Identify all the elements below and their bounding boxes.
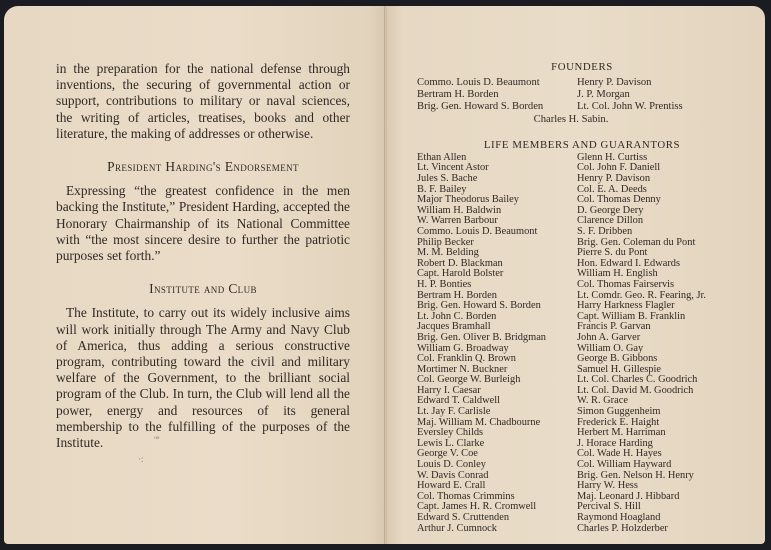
institute-club-paragraph: The Institute, to carry out its widely i… [56,305,350,451]
members-column-1: Ethan AllenLt. Vincent AstorJules S. Bac… [417,153,577,534]
member-name: Charles P. Holzderber [577,524,752,535]
founder-name: Bertram H. Borden [417,89,577,101]
member-name: Arthur J. Cumnock [417,524,577,535]
member-name: Edward S. Cruttenden [417,513,577,524]
founder-name: Lt. Col. John W. Prentiss [577,101,747,113]
member-name: Henry P. Davison [577,174,752,185]
harding-paragraph: Expressing “the greatest confidence in t… [56,183,350,264]
founders-list: Commo. Louis D. Beaumont Henry P. Daviso… [417,77,747,126]
life-members-title: LIFE MEMBERS AND GUARANTORS [417,139,747,151]
member-name: Jules S. Bache [417,174,577,185]
section-heading-harding: President Harding's Endorsement [56,159,350,175]
left-page: in the preparation for the national defe… [4,6,385,544]
life-members-list: Ethan AllenLt. Vincent AstorJules S. Bac… [417,153,747,534]
members-column-2: Glenn H. CurtissCol. John F. DaniellHenr… [577,153,752,534]
member-name: Brig. Gen. Oliver B. Bridgman [417,333,577,344]
founders-title: FOUNDERS [417,61,747,73]
book-spread: in the preparation for the national defe… [4,6,767,544]
member-name: Raymond Hoagland [577,513,752,524]
founder-name: Henry P. Davison [577,77,747,89]
right-page-text: FOUNDERS Commo. Louis D. Beaumont Henry … [417,61,747,534]
founder-name: J. P. Morgan [577,89,747,101]
member-name: S. F. Dribben [577,227,752,238]
member-name: Col. Thomas Fairservis [577,280,752,291]
paper-speck: ·: [138,454,144,464]
member-name: John A. Garver [577,333,752,344]
left-page-text: in the preparation for the national defe… [56,61,350,451]
member-name: Commo. Louis D. Beaumont [417,227,577,238]
intro-paragraph: in the preparation for the national defe… [56,61,350,142]
right-page: FOUNDERS Commo. Louis D. Beaumont Henry … [387,6,765,544]
member-name: H. P. Bonties [417,280,577,291]
section-heading-institute-club: Institute and Club [56,281,350,297]
founder-name: Charles H. Sabin. [417,114,747,126]
founder-name: Commo. Louis D. Beaumont [417,77,577,89]
paper-speck: ꟹ [154,434,160,445]
founder-name: Brig. Gen. Howard S. Borden [417,101,577,113]
